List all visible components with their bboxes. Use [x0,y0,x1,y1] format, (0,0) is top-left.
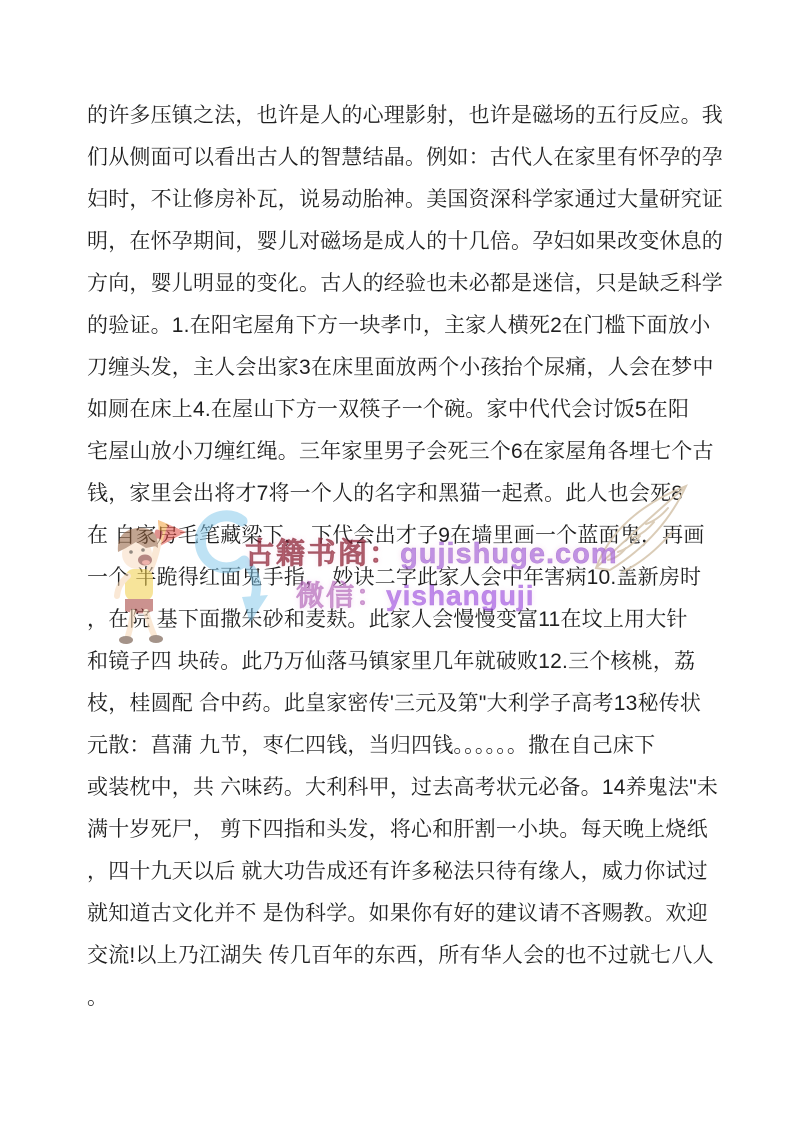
text-line: 元散：菖蒲 九节，枣仁四钱，当归四钱。。。。。。撒在自己床下 [87,725,727,767]
text-line: 在 自家房毛笔藏梁下， 下代会出才子9在墙里画一个蓝面鬼，再画 [87,515,727,557]
text-line: 明，在怀孕期间，婴儿对磁场是成人的十几倍。孕妇如果改变休息的 [87,221,727,263]
text-line: 的验证。1.在阳宅屋角下方一块孝巾，主家人横死2在门槛下面放小 [87,305,727,347]
text-line: 满十岁死尸， 剪下四指和头发，将心和肝割一小块。每天晚上烧纸 [87,809,727,851]
text-line: ，在院 基下面撒朱砂和麦麸。此家人会慢慢变富11在坟上用大针 [87,599,727,641]
text-line: 枝，桂圆配 合中药。此皇家密传'三元及第"大利学子高考13秘传状 [87,683,727,725]
text-line: 交流!以上乃江湖失 传几百年的东西，所有华人会的也不过就七八人 [87,935,727,977]
document-page: 的许多压镇之法，也许是人的心理影射，也许是磁场的五行反应。我们从侧面可以看出古人… [0,0,801,1143]
text-line: 和镜子四 块砖。此乃万仙落马镇家里几年就破败12.三个核桃，荔 [87,641,727,683]
text-line: 宅屋山放小刀缠红绳。三年家里男子会死三个6在家屋角各埋七个古 [87,431,727,473]
text-line: 们从侧面可以看出古人的智慧结晶。例如：古代人在家里有怀孕的孕 [87,137,727,179]
text-line: 。 [87,977,727,1019]
text-line: 如厕在床上4.在屋山下方一双筷子一个碗。家中代代会讨饭5在阳 [87,389,727,431]
text-line: 一个 半跪得红面鬼手指， 妙诀二字此家人会中年害病10.盖新房时 [87,557,727,599]
text-line: 钱，家里会出将才7将一个人的名字和黑猫一起煮。此人也会死8 [87,473,727,515]
text-line: 刀缠头发，主人会出家3在床里面放两个小孩抬个尿痛，人会在梦中 [87,347,727,389]
text-line: 就知道古文化并不 是伪科学。如果你有好的建议请不吝赐教。欢迎 [87,893,727,935]
text-line: 妇时，不让修房补瓦，说易动胎神。美国资深科学家通过大量研究证 [87,179,727,221]
body-text: 的许多压镇之法，也许是人的心理影射，也许是磁场的五行反应。我们从侧面可以看出古人… [87,95,727,1019]
text-line: 或装枕中，共 六味药。大利科甲，过去高考状元必备。14养鬼法"未 [87,767,727,809]
text-line: ，四十九天以后 就大功告成还有许多秘法只待有缘人，威力你试过 [87,851,727,893]
text-line: 方向，婴儿明显的变化。古人的经验也未必都是迷信，只是缺乏科学 [87,263,727,305]
text-line: 的许多压镇之法，也许是人的心理影射，也许是磁场的五行反应。我 [87,95,727,137]
